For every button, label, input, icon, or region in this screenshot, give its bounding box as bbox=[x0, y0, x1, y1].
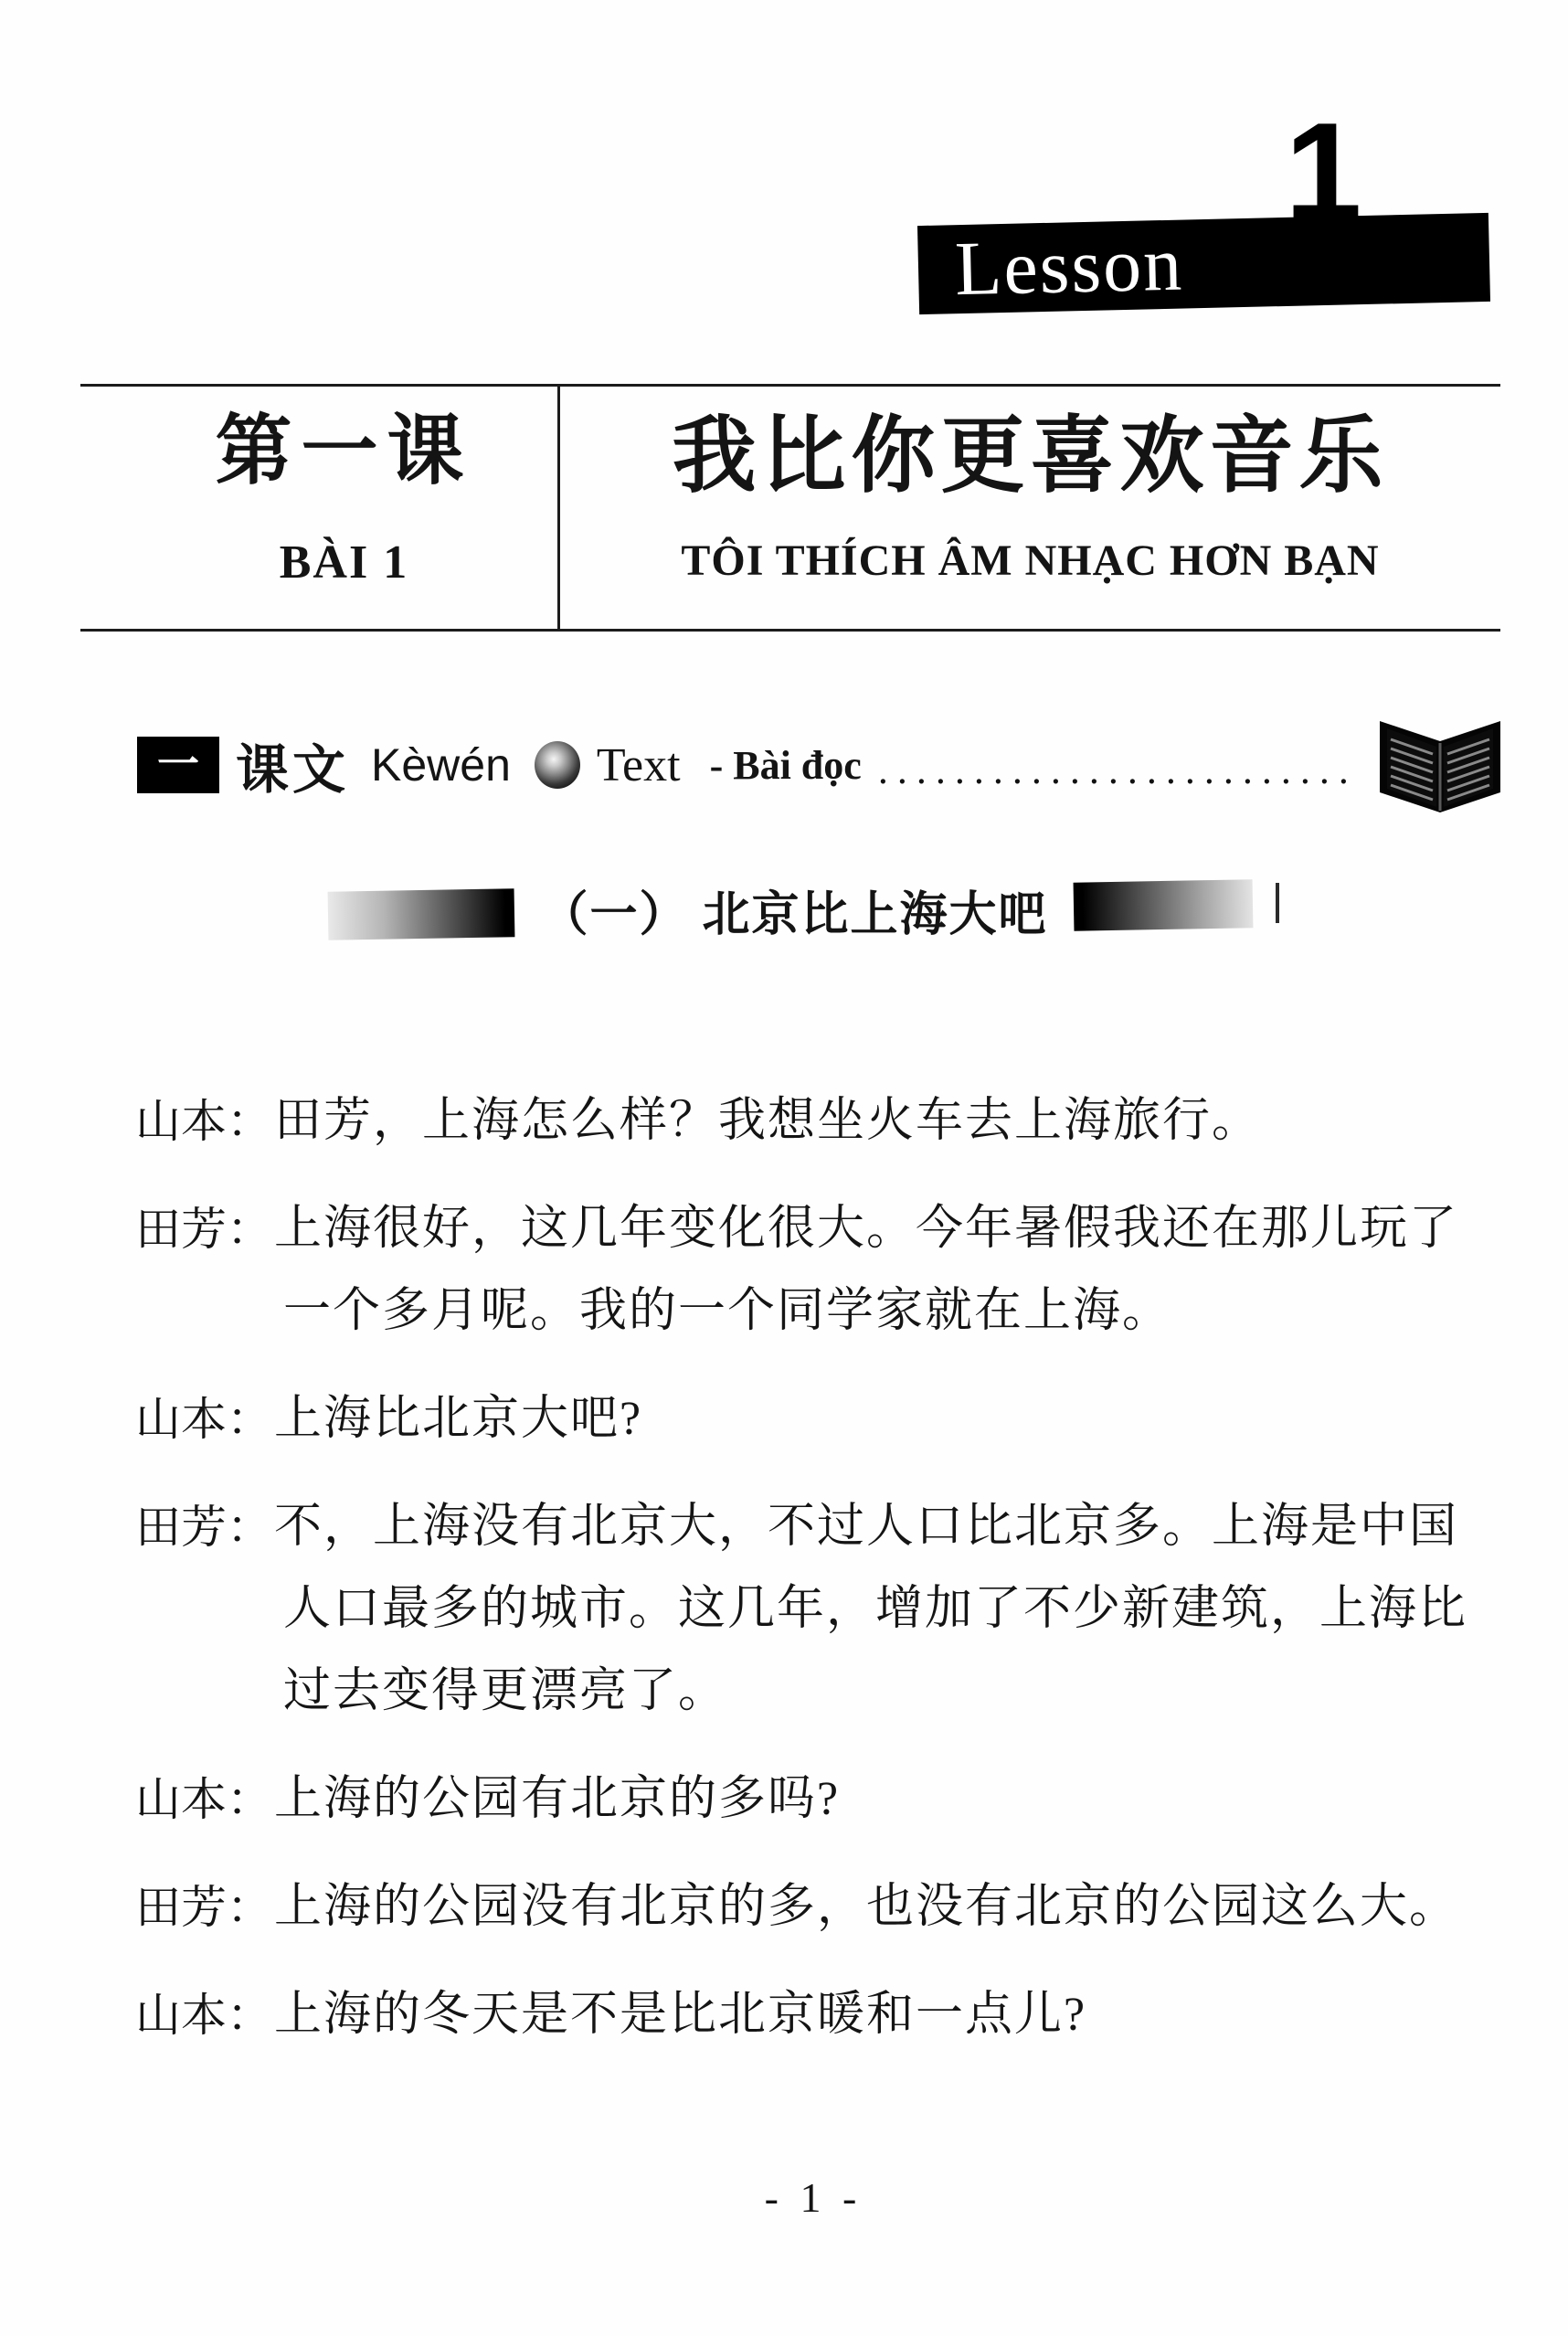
section-title-vietnamese: - Bài đọc bbox=[710, 742, 862, 789]
dialogue-line: 山本： 上海的冬天是不是比北京暖和一点儿? bbox=[135, 1974, 1506, 2056]
speaker-label: 田芳： bbox=[135, 1188, 274, 1270]
dialogue-entry: 田芳： 不，上海没有北京大，不过人口比北京多。上海是中国 人口最多的城市。这几年… bbox=[135, 1486, 1506, 1733]
speaker-label: 山本： bbox=[135, 1080, 274, 1163]
dialogue-text: 山本： 田芳，上海怎么样？我想坐火车去上海旅行。 田芳： 上海很好，这几年变化很… bbox=[135, 1080, 1506, 2082]
section-index-numeral: 一 bbox=[157, 744, 199, 786]
dialogue-entry: 山本： 上海的冬天是不是比北京暖和一点儿? bbox=[135, 1974, 1506, 2056]
speaker-label: 山本： bbox=[135, 1378, 274, 1460]
lesson-banner: Lesson bbox=[917, 213, 1490, 314]
leader-dots: ........................................ bbox=[878, 749, 1360, 791]
dialogue-line-text: 不，上海没有北京大，不过人口比北京多。上海是中国 bbox=[274, 1486, 1458, 1568]
dialogue-line: 过去变得更漂亮了。 bbox=[135, 1651, 1506, 1733]
gradient-bar-left bbox=[328, 888, 515, 940]
title-box-left-cell: 第一课 BÀI 1 bbox=[80, 402, 557, 589]
lesson-number-chinese: 第一课 bbox=[131, 402, 557, 503]
dialogue-entry: 田芳： 上海很好，这几年变化很大。今年暑假我还在那儿玩了 一个多月呢。我的一个同… bbox=[135, 1188, 1506, 1353]
dialogue-line-text: 上海比北京大吧? bbox=[274, 1378, 642, 1460]
speaker-label: 山本： bbox=[135, 1974, 274, 2056]
subsection-title: （一） 北京比上海大吧 bbox=[540, 876, 1047, 944]
dialogue-entry: 山本： 田芳，上海怎么样？我想坐火车去上海旅行。 bbox=[135, 1080, 1506, 1163]
section-title-chinese: 课文 bbox=[236, 727, 349, 803]
textbook-page: 1 Lesson 第一课 BÀI 1 我比你更喜欢音乐 TÔI THÍCH ÂM… bbox=[0, 0, 1568, 2336]
speaker-label: 田芳： bbox=[135, 1486, 274, 1568]
dialogue-line: 山本： 上海的公园有北京的多吗? bbox=[135, 1758, 1506, 1841]
section-title-pinyin: Kèwén bbox=[371, 738, 511, 791]
lesson-banner-label: Lesson bbox=[917, 213, 1490, 314]
title-box-bottom-rule bbox=[80, 629, 1500, 632]
section-title-english: Text bbox=[597, 738, 681, 792]
lesson-number: 1 bbox=[1285, 102, 1362, 241]
speaker-label: 山本： bbox=[135, 1758, 274, 1841]
dialogue-line: 人口最多的城市。这几年，增加了不少新建筑，上海比 bbox=[135, 1568, 1506, 1651]
page-number: - 1 - bbox=[0, 2173, 1568, 2222]
sphere-bullet-icon bbox=[535, 741, 580, 789]
dialogue-line-text: 上海的公园没有北京的多，也没有北京的公园这么大。 bbox=[274, 1866, 1458, 1948]
dialogue-line: 山本： 田芳，上海怎么样？我想坐火车去上海旅行。 bbox=[135, 1080, 1506, 1163]
dialogue-entry: 田芳： 上海的公园没有北京的多，也没有北京的公园这么大。 bbox=[135, 1866, 1506, 1948]
dialogue-line-text: 田芳，上海怎么样？我想坐火车去上海旅行。 bbox=[274, 1080, 1261, 1163]
dialogue-line-text: 上海很好，这几年变化很大。今年暑假我还在那儿玩了 bbox=[274, 1188, 1458, 1270]
title-box-top-rule bbox=[80, 384, 1500, 387]
dialogue-entry: 山本： 上海的公园有北京的多吗? bbox=[135, 1758, 1506, 1841]
dialogue-line-text: 上海的公园有北京的多吗? bbox=[274, 1758, 840, 1841]
lesson-number-vietnamese: BÀI 1 bbox=[131, 536, 557, 589]
dialogue-entry: 山本： 上海比北京大吧? bbox=[135, 1378, 1506, 1460]
dialogue-line: 田芳： 上海的公园没有北京的多，也没有北京的公园这么大。 bbox=[135, 1866, 1506, 1948]
title-box-right-cell: 我比你更喜欢音乐 TÔI THÍCH ÂM NHẠC HƠN BẠN bbox=[560, 400, 1500, 586]
subsection-header: （一） 北京比上海大吧 bbox=[80, 876, 1500, 944]
dialogue-line-text: 上海的冬天是不是比北京暖和一点儿? bbox=[274, 1974, 1086, 2056]
speaker-label: 田芳： bbox=[135, 1866, 274, 1948]
dialogue-line: 田芳： 不，上海没有北京大，不过人口比北京多。上海是中国 bbox=[135, 1486, 1506, 1568]
lesson-title-chinese: 我比你更喜欢音乐 bbox=[560, 400, 1500, 512]
section-index-square: 一 bbox=[137, 737, 219, 793]
scan-artifact-tick bbox=[1276, 883, 1279, 923]
lesson-title-vietnamese: TÔI THÍCH ÂM NHẠC HƠN BẠN bbox=[560, 536, 1500, 586]
dialogue-line: 一个多月呢。我的一个同学家就在上海。 bbox=[135, 1270, 1506, 1353]
open-book-icon bbox=[1376, 716, 1504, 814]
gradient-bar-right bbox=[1073, 879, 1253, 930]
dialogue-line: 山本： 上海比北京大吧? bbox=[135, 1378, 1506, 1460]
section-header: 一 课文 Kèwén Text - Bài đọc ..............… bbox=[137, 717, 1504, 813]
dialogue-line: 田芳： 上海很好，这几年变化很大。今年暑假我还在那儿玩了 bbox=[135, 1188, 1506, 1270]
